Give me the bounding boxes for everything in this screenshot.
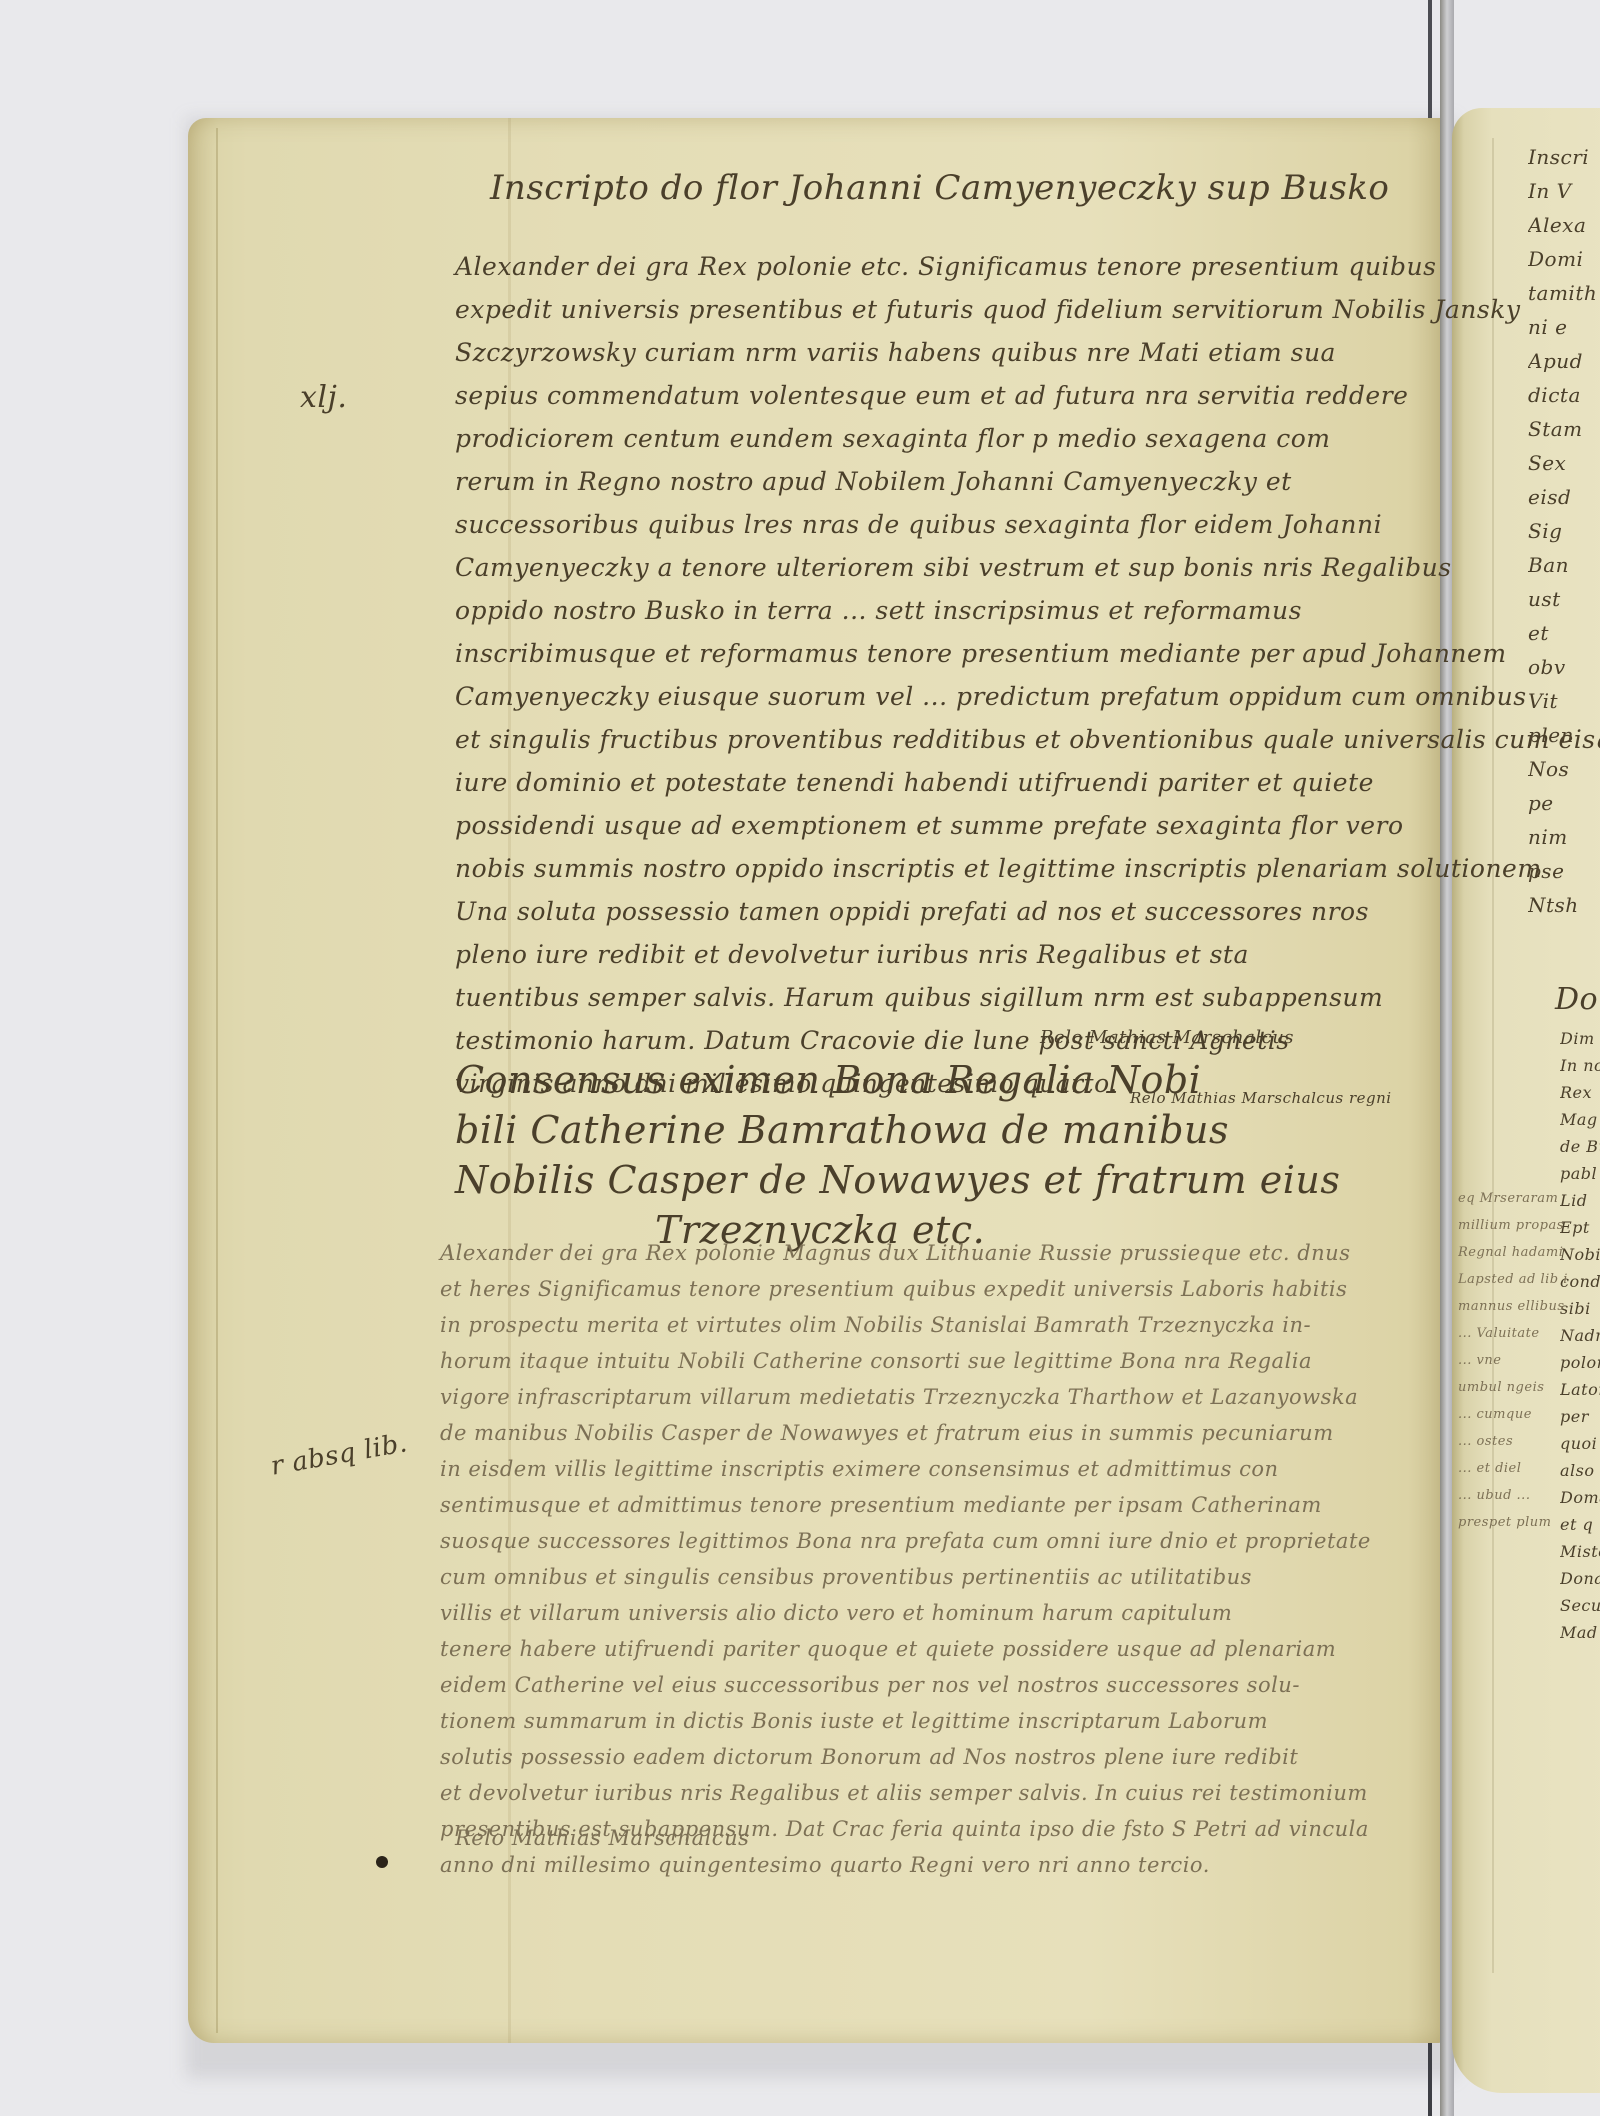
text-line: sepius commendatum volentesque eum et ad… [455,374,1375,417]
text-fragment: Mad [1560,1619,1600,1646]
text-line: Alexander dei gra Rex polonie Magnus dux… [440,1235,1380,1271]
text-line: Camyenyeczky a tenore ulteriorem sibi ve… [455,546,1375,589]
text-line: cum omnibus et singulis censibus provent… [440,1559,1380,1595]
text-line: oppido nostro Busko in terra ... sett in… [455,589,1375,632]
signature-note: Relo Mathias Marschalcus [1040,1020,1294,1056]
right-folio-crease [1492,138,1494,1973]
text-fragment: nim [1528,820,1600,854]
text-line: et singulis fructibus proventibus reddit… [455,718,1375,761]
text-line: vigore infrascriptarum villarum medietat… [440,1379,1380,1415]
closing-note: Relo Mathias Marschalcus [455,1820,749,1856]
text-fragment: Secur [1560,1592,1600,1619]
text-line: expedit universis presentibus et futuris… [455,288,1375,331]
margin-note: ... vne [1458,1347,1568,1374]
text-fragment: ust [1528,582,1600,616]
text-fragment: In nov [1560,1052,1600,1079]
text-fragment: de Bu [1560,1133,1600,1160]
text-fragment: Dona [1560,1565,1600,1592]
text-line: tionem summarum in dictis Bonis iuste et… [440,1703,1380,1739]
text-fragment: Alexa [1528,208,1600,242]
right-folio-margin-notes: eq Mrseraram millium propas Regnal hadam… [1458,1185,1568,1536]
text-line: villis et villarum universis alio dicto … [440,1595,1380,1631]
text-fragment: et [1528,616,1600,650]
right-folio-column-top: Inscri In V Alexa Domi tamith ni e Apud … [1528,140,1600,922]
margin-note: ... ostes [1458,1428,1568,1455]
margin-note: millium propas [1458,1212,1568,1239]
margin-note: ... cumque [1458,1401,1568,1428]
text-fragment: Dim [1560,1025,1600,1052]
text-line: sentimusque et admittimus tenore present… [440,1487,1380,1523]
text-line: possidendi usque ad exemptionem et summe… [455,804,1375,847]
text-fragment: Ntsh [1528,888,1600,922]
margin-note: umbul ngeis [1458,1374,1568,1401]
section1-heading: Inscripto do flor Johanni Camyenyeczky s… [490,168,1389,208]
text-line: Una soluta possessio tamen oppidi prefat… [455,890,1375,933]
text-fragment: plen [1528,718,1600,752]
text-line: de manibus Nobilis Casper de Nowawyes et… [440,1415,1380,1451]
text-line: horum itaque intuitu Nobili Catherine co… [440,1343,1380,1379]
text-fragment: eisd [1528,480,1600,514]
text-fragment: tamith [1528,276,1600,310]
text-line: Alexander dei gra Rex polonie etc. Signi… [455,245,1375,288]
margin-note: eq Mrseraram [1458,1185,1568,1212]
ink-blot [376,1856,388,1868]
text-line: inscribimusque et reformamus tenore pres… [455,632,1375,675]
section2-body: Alexander dei gra Rex polonie Magnus dux… [440,1235,1380,1883]
margin-note: mannus ellibus [1458,1293,1568,1320]
margin-note: Lapsted ad lib in [1458,1266,1568,1293]
text-line: suosque successores legittimos Bona nra … [440,1523,1380,1559]
text-line: nobis summis nostro oppido inscriptis et… [455,847,1375,890]
margin-note: prespet plum [1458,1509,1568,1536]
text-fragment: Sig [1528,514,1600,548]
text-fragment: ni e [1528,310,1600,344]
text-line: solutis possessio eadem dictorum Bonorum… [440,1739,1380,1775]
text-fragment: Vit [1528,684,1600,718]
text-line: Camyenyeczky eiusque suorum vel ... pred… [455,675,1375,718]
text-fragment: obv [1528,650,1600,684]
margin-note: Regnal hadami [1458,1239,1568,1266]
text-line: tenere habere utifruendi pariter quoque … [440,1631,1380,1667]
section1-body: Alexander dei gra Rex polonie etc. Signi… [455,245,1375,1105]
text-fragment: Sex [1528,446,1600,480]
text-line: eidem Catherine vel eius successoribus p… [440,1667,1380,1703]
text-line: iure dominio et potestate tenendi habend… [455,761,1375,804]
text-fragment: Nos [1528,752,1600,786]
text-fragment: Stam [1528,412,1600,446]
text-line: in eisdem villis legittime inscriptis ex… [440,1451,1380,1487]
text-line: et devolvetur iuribus nris Regalibus et … [440,1775,1380,1811]
margin-note: ... ubud ... [1458,1482,1568,1509]
text-fragment: Inscri [1528,140,1600,174]
text-fragment: Apud [1528,344,1600,378]
right-folio-section-heading: Dona [1555,982,1600,1017]
text-line: tuentibus semper salvis. Harum quibus si… [455,976,1375,1019]
side-note: Relo Mathias Marschalcus regni [1130,1080,1392,1116]
text-fragment: Ban [1528,548,1600,582]
text-line: rerum in Regno nostro apud Nobilem Johan… [455,460,1375,503]
text-fragment: Mag [1560,1106,1600,1133]
text-line: Szczyrzowsky curiam nrm variis habens qu… [455,331,1375,374]
left-folio-fold [216,128,218,2033]
text-fragment: pabl [1560,1160,1600,1187]
margin-note: ... et diel [1458,1455,1568,1482]
margin-note: ... Valuitate [1458,1320,1568,1347]
text-fragment: dicta [1528,378,1600,412]
text-fragment: pse [1528,854,1600,888]
text-line: in prospectu merita et virtutes olim Nob… [440,1307,1380,1343]
text-fragment: Misto [1560,1538,1600,1565]
text-line: successoribus quibus lres nras de quibus… [455,503,1375,546]
text-fragment: In V [1528,174,1600,208]
text-line: prodiciorem centum eundem sexaginta flor… [455,417,1375,460]
text-line: et heres Significamus tenore presentium … [440,1271,1380,1307]
text-fragment: Rex [1560,1079,1600,1106]
text-fragment: pe [1528,786,1600,820]
margin-note-folio: xlj. [300,380,347,415]
text-fragment: Domi [1528,242,1600,276]
binding-edge-top [1428,0,1432,130]
text-line: pleno iure redibit et devolvetur iuribus… [455,933,1375,976]
heading-line: Nobilis Casper de Nowawyes et fratrum ei… [455,1155,1340,1205]
